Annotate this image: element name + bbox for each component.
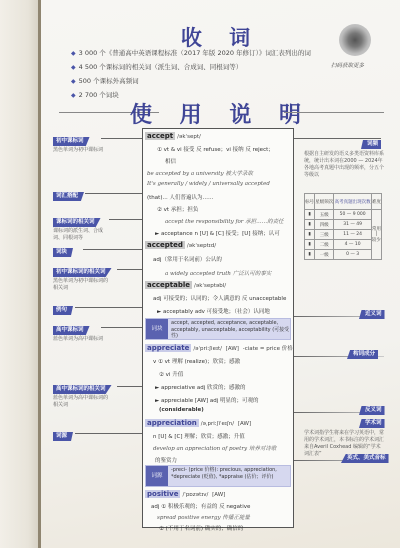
entry-positive: positive/ˈpɒzətɪv/ [AW] — [145, 490, 225, 498]
signal-icon: ▮ — [305, 210, 315, 220]
diamond-icon: ◆ — [71, 78, 76, 85]
label-senior-word: 高中课标词 — [53, 326, 90, 335]
etymology-note-box: 词源 -preci- (price 价格): precious, appreci… — [145, 465, 291, 487]
label-senior-related: 高中课标词的相关词 — [53, 385, 112, 394]
diamond-icon: ◆ — [71, 50, 76, 57]
label-related-word: 课标词的相关词 — [53, 218, 101, 227]
left-page-edge — [0, 0, 40, 548]
entry-appreciation: appreciation/əˌpriːʃiˈeɪʃn/ [AW] — [145, 419, 251, 427]
label-desc: 蓝色单词为高中课标词的相关词 — [53, 395, 109, 409]
vocabulary-bullets: ◆3 000 个《普通高中英语课程标准（2017 年版 2020 年修订）》词汇… — [71, 46, 311, 102]
label-collocation: 词汇搭配 — [53, 192, 84, 201]
signal-icon: ▮ — [305, 250, 315, 260]
label-desc: 黑色单词为初中课标词 — [53, 147, 103, 154]
connector-line — [101, 138, 143, 139]
connector-line — [117, 386, 143, 387]
diamond-icon: ◆ — [71, 64, 76, 71]
connector-line — [75, 433, 143, 434]
qr-code-icon[interactable] — [339, 24, 371, 56]
signal-icon: ▮ — [305, 240, 315, 250]
label-antonym: 反义词 — [359, 406, 385, 415]
connector-line — [109, 219, 143, 220]
signal-icon: ▮ — [305, 230, 315, 240]
connector-line — [83, 249, 143, 250]
entry-accepted: accepted/əkˈseptɪd/ — [145, 241, 216, 249]
label-desc: 学术词指学生将来在学习英语中，常用的学术词汇，本书标注的学术词汇来自Averil… — [304, 430, 384, 458]
section-title-instructions: 使 用 说 明 — [41, 98, 400, 129]
bullet-item: ◆500 个课标外高频词 — [71, 74, 311, 88]
label-uk-us-phonetic: 英式、美式音标 — [341, 454, 389, 463]
qr-caption: 扫码获取更多 — [331, 61, 364, 69]
connector-line — [85, 193, 143, 194]
dictionary-page: 收 词 ◆3 000 个《普通高中英语课程标准（2017 年版 2020 年修订… — [41, 0, 400, 548]
divider-line — [284, 112, 384, 113]
label-frequency: 词频 — [361, 140, 381, 149]
bullet-item: ◆3 000 个《普通高中英语课程标准（2017 年版 2020 年修订）》词汇… — [71, 46, 311, 60]
connector-line — [101, 327, 143, 328]
label-example: 例句 — [53, 306, 73, 315]
dictionary-entry-box: accept/əkˈsept/ ① vt & vi 接受 反 refuse；vi… — [142, 128, 294, 528]
label-desc: 黑色单词为初中课标词的相关词 — [53, 278, 109, 292]
label-word-formation: 构词成分 — [347, 350, 378, 359]
chunk-note-box: 词块 accept, accepted, acceptance, accepta… — [145, 318, 291, 340]
label-desc: 根据自主研发的语义多类语资料库系统，统计出本词在2000 — 2024年各地高考… — [304, 151, 384, 179]
signal-icon: ▮ — [305, 220, 315, 230]
label-chunk: 词块 — [53, 248, 73, 257]
connector-line — [117, 269, 143, 270]
label-synonym: 近义词 — [359, 310, 385, 319]
entry-acceptable: acceptable/əkˈseptəbl/ — [145, 281, 226, 289]
entry-appreciate: appreciate/əˈpriːʃieɪt/ [AW] -ciate = pr… — [145, 344, 293, 352]
bullet-item: ◆4 500 个课标词的相关词（派生词、合成词、同根词等） — [71, 60, 311, 74]
label-junior-word: 初中课标词 — [53, 137, 90, 146]
label-etymology: 词源 — [53, 432, 73, 441]
label-desc: 课标词的派生词、合成词、同根词等 — [53, 228, 109, 242]
connector-line — [75, 307, 143, 308]
entry-accept: accept/əkˈsept/ — [145, 132, 201, 140]
label-desc: 蓝色单词为高中课标词 — [53, 336, 103, 343]
frequency-table: 标号 星级频次 高考真题出现次数 难度 ▮ 五级 50 — 9 000 常用│较… — [304, 193, 382, 260]
label-academic-word: 学术词 — [359, 419, 385, 428]
label-junior-related: 初中课标词的相关词 — [53, 268, 112, 277]
